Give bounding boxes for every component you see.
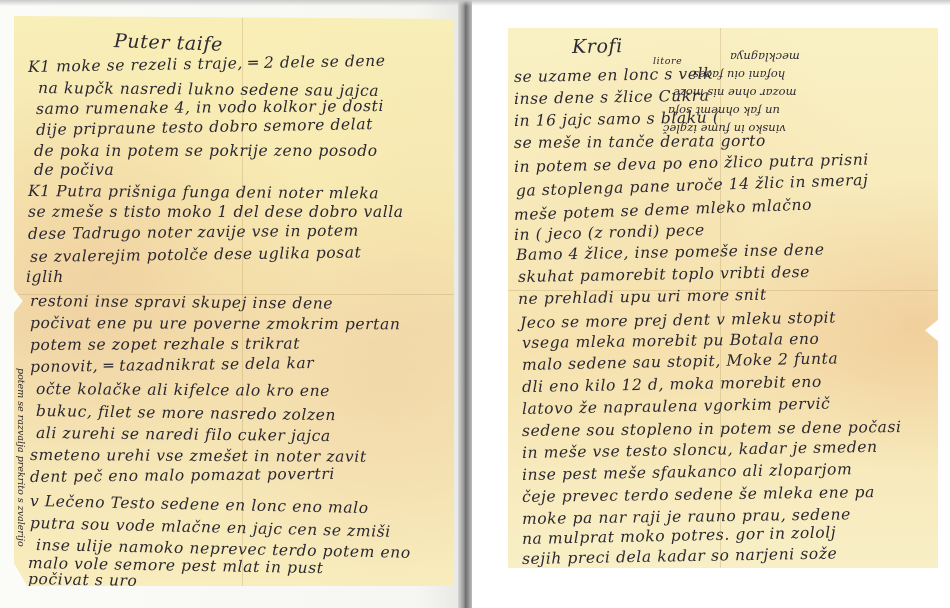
handwritten-line: potem se zopet rezhale s trikrat — [30, 335, 300, 354]
handwritten-line: dli eno kilo 12 d, moka morebit eno — [522, 373, 822, 396]
handwritten-line: Bamo 4 žlice, inse pomeše inse dene — [516, 241, 825, 264]
handwritten-line: latovo že napraulena vgorkim pervič — [522, 395, 831, 418]
handwritten-line: se meše in tanče derata gorto — [514, 132, 766, 152]
handwritten-line: bukuc, filet se more nasredo zolzen — [36, 402, 336, 424]
handwritten-line: dije pripraune testo dobro semore delat — [36, 115, 373, 139]
margin-note: potem se razvalja prekrito s zvalerijo — [15, 368, 26, 547]
recipe-title: Krofi — [572, 35, 623, 58]
handwritten-line: K1 Putra prišniga funga deni noter mleka — [28, 182, 379, 202]
recipe-sheet-left: Puter taife K1 moke se rezeli s traje, ═… — [14, 16, 454, 586]
handwritten-line: sedene sou stopleno in potem se dene poč… — [522, 418, 902, 440]
handwritten-line: in ( jeco (z rondi) pece — [514, 221, 705, 244]
handwritten-line: počivat s uro — [28, 570, 138, 586]
handwritten-line: očte kolačke ali kifelce alo kro ene — [36, 380, 330, 400]
handwritten-line: ga stoplenga pane uroče 14 žlic in smera… — [516, 171, 869, 200]
handwritten-line: ne prehladi upu uri more snit — [518, 286, 767, 308]
handwritten-line: se zvalerejim potolče dese uglika posat — [30, 243, 362, 266]
handwritten-line: K1 moke se rezeli s traje, ═ 2 dele se d… — [28, 52, 386, 76]
handwritten-line: meše potem se deme mleko mlačno — [514, 196, 813, 224]
recipe-title: Puter taife — [114, 30, 224, 56]
handwritten-line: smeteno urehi vse zmešet in noter zavit — [30, 446, 367, 466]
handwritten-line: de počiva — [34, 161, 114, 179]
scan-shadow — [0, 0, 950, 6]
handwritten-line: ponovit, ═ tazadnikrat se dela kar — [30, 354, 315, 376]
handwritten-line: malo sedene sau stopit, Moke 2 funta — [522, 349, 839, 374]
handwritten-line: vsega mleka morebit pu Botala eno — [522, 330, 820, 352]
handwritten-line: dent peč eno malo pomazat povertri — [30, 465, 335, 486]
handwritten-line: in 16 jajc samo s blaku ( — [514, 108, 720, 130]
handwritten-line: restoni inse spravi skupej inse dene — [30, 292, 333, 313]
recipe-sheet-right: Krofi litore mecklagnya hofani oiu faces… — [508, 28, 938, 568]
book-gutter — [458, 0, 472, 608]
handwritten-line: in meše vse testo sloncu, kadar je smede… — [522, 438, 878, 462]
upside-down-note: mecklagnya — [730, 50, 800, 64]
handwritten-line: se uzame en lonc s velk — [514, 65, 713, 86]
book-spread: Puter taife K1 moke se rezeli s traje, ═… — [0, 0, 950, 608]
handwritten-line: počivat ene pu ure poverne zmokrim perta… — [30, 314, 400, 333]
handwritten-line: inse dene s žlice Cukra — [514, 87, 710, 108]
handwritten-line: se zmeše s tisto moko 1 del dese dobro v… — [28, 203, 404, 221]
handwritten-line: dese Tadrugo noter zavije vse in potem — [28, 222, 359, 243]
handwritten-line: de poka in potem se pokrije zeno posodo — [34, 142, 378, 160]
handwritten-line: iglih — [26, 268, 64, 286]
handwritten-line: v Lečeno Testo sedene en lonc eno malo — [30, 492, 369, 517]
handwritten-line: skuhat pamorebit toplo vribti dese — [518, 263, 810, 286]
handwritten-line: čeje prevec terdo sedene še mleka ene pa — [522, 483, 875, 506]
handwritten-line: ali zurehi se naredi filo cuker jajca — [36, 424, 331, 445]
handwritten-line: inse pest meše sfaukanco ali zloparjom — [522, 460, 853, 484]
handwritten-line: Jeco se more prej dent v mleku stopit — [520, 308, 836, 332]
